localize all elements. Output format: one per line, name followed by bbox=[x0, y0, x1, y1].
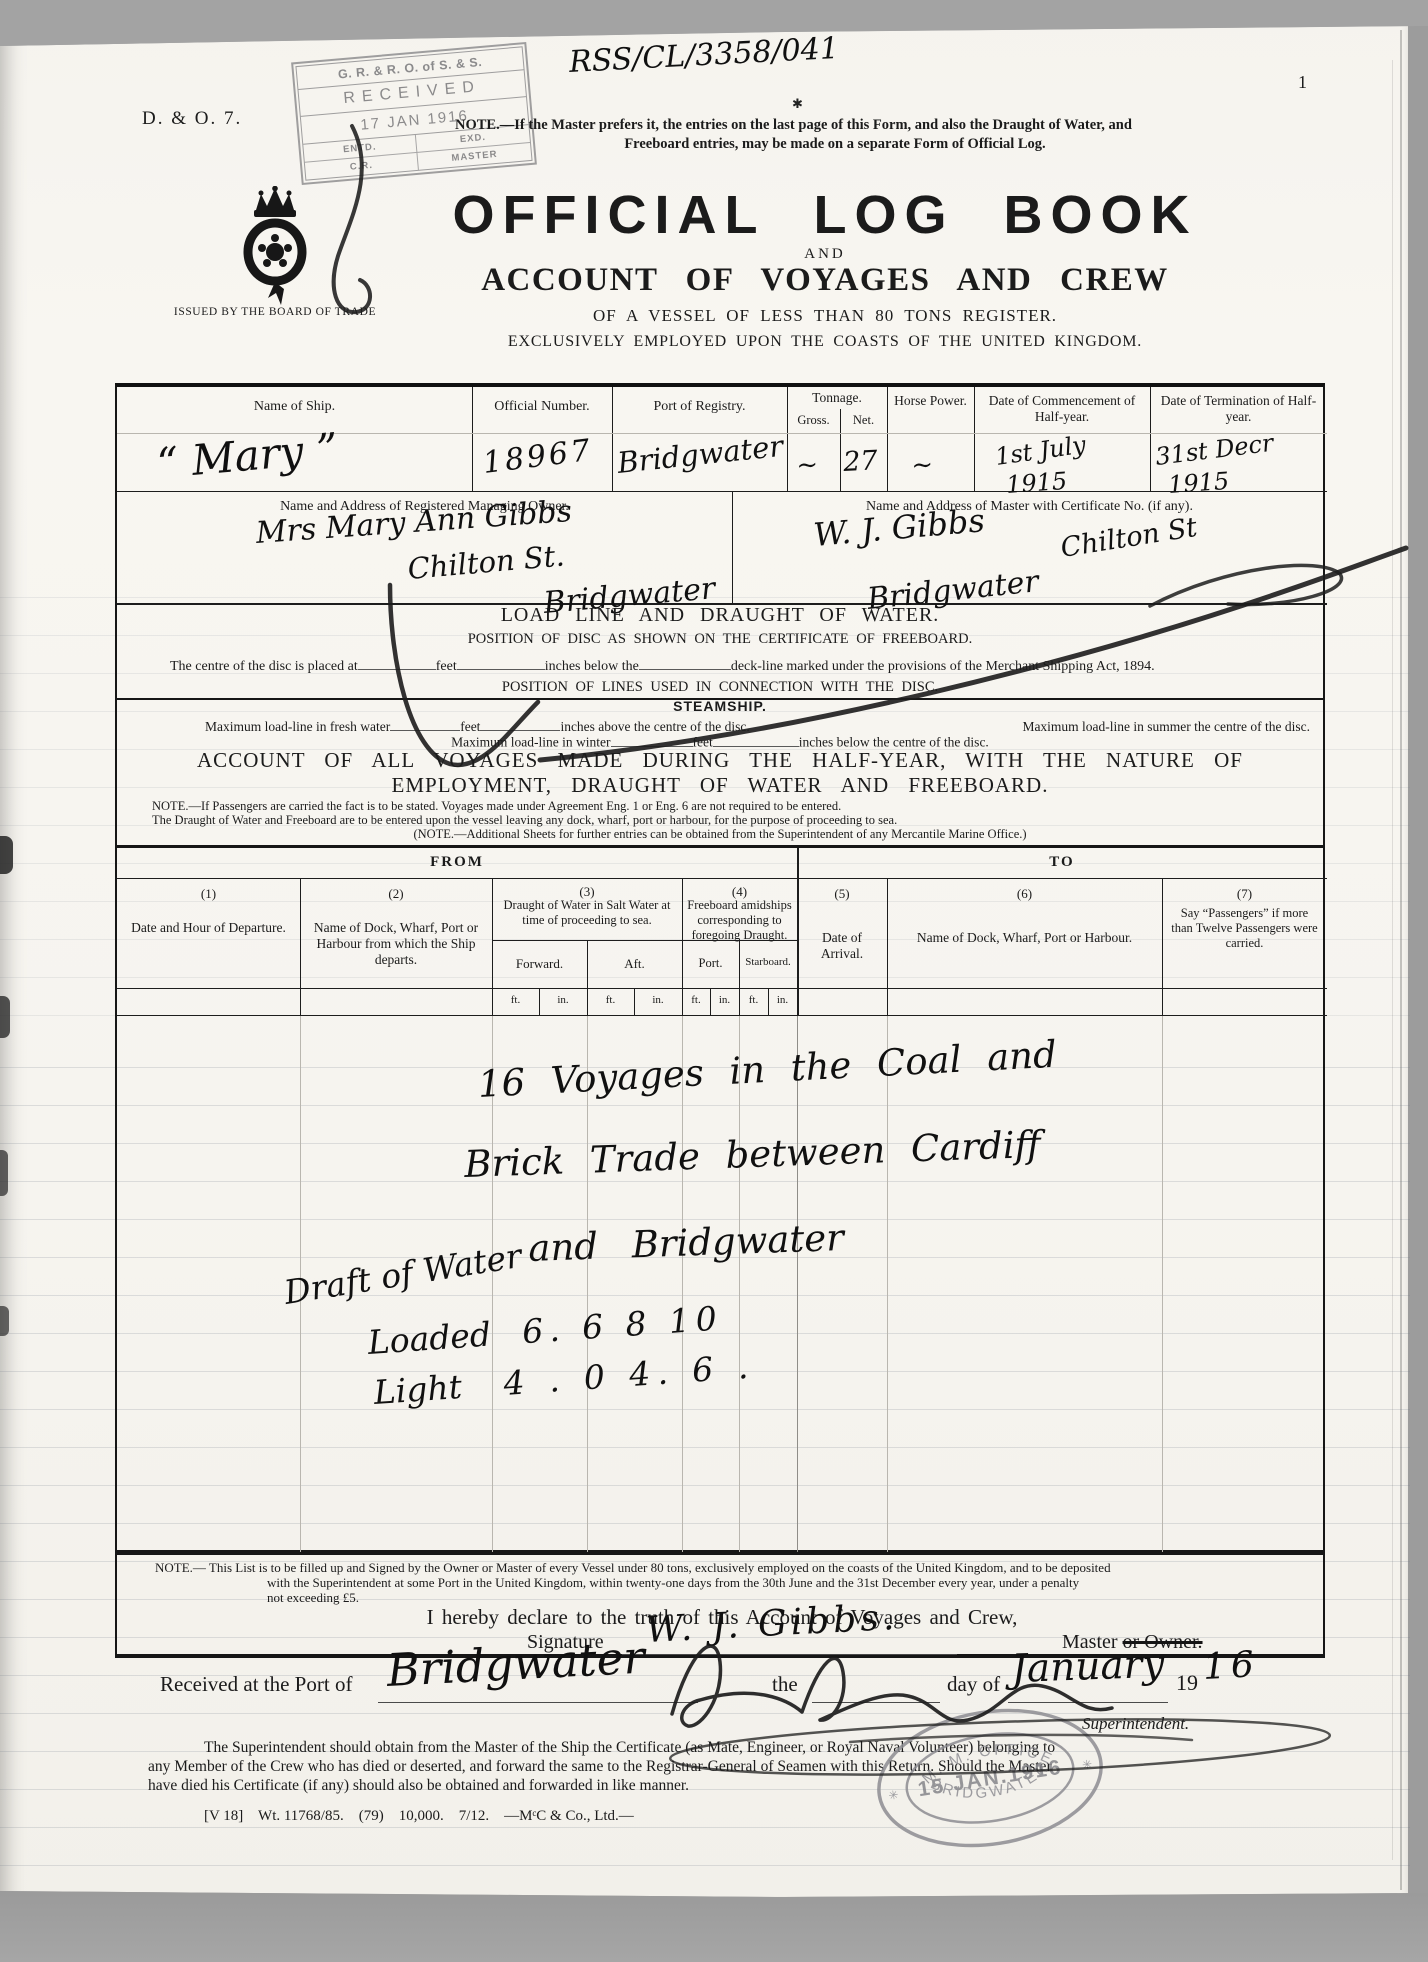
commencement-value-line2: 1915 bbox=[1005, 469, 1068, 497]
col3-label: Draught of Water in Salt Water at time o… bbox=[498, 898, 676, 928]
centre-blank-1 bbox=[358, 655, 436, 670]
page-right-edge bbox=[1400, 30, 1402, 1890]
voyage-table: FROM TO (1) Date and Hour of Departure. … bbox=[115, 845, 1325, 1552]
day-of-label: day of bbox=[947, 1672, 1000, 1697]
stamp-star-right: ✳ bbox=[1081, 1757, 1093, 1772]
centre-blank-2 bbox=[457, 655, 545, 670]
masthead-note-line1: NOTE.—If the Master prefers it, the entr… bbox=[455, 116, 1215, 135]
footer-para-line1: The Superintendent should obtain from th… bbox=[148, 1738, 1328, 1758]
col6-number: (6) bbox=[887, 886, 1162, 901]
col2-label: Name of Dock, Wharf, Port or Harbour fro… bbox=[310, 920, 482, 968]
owner-street-hw: Chilton St. bbox=[406, 541, 565, 584]
voyages-entry-line1: 16 Voyages in the Coal and bbox=[477, 1036, 1057, 1103]
page-title: OFFICIAL LOG BOOK bbox=[340, 184, 1310, 246]
torn-edge-mark bbox=[0, 1306, 9, 1336]
loaded-label-hw: Loaded bbox=[366, 1314, 492, 1362]
in-unit: in. bbox=[634, 994, 682, 1007]
signature-value-hw: W. J. Gibbs. bbox=[645, 1600, 899, 1649]
torn-edge-mark bbox=[0, 1150, 8, 1196]
col-name-of-ship: Name of Ship. bbox=[117, 399, 472, 416]
col-net: Net. bbox=[840, 413, 887, 428]
coasts-line: EXCLUSIVELY EMPLOYED UPON THE COASTS OF … bbox=[340, 333, 1310, 351]
voyages-entry-line3: and Bridgwater bbox=[528, 1219, 845, 1267]
col-official-number: Official Number. bbox=[472, 399, 612, 416]
loadline-position-disc: POSITION OF DISC AS SHOWN ON THE CERTIFI… bbox=[115, 631, 1325, 648]
col5-number: (5) bbox=[797, 886, 887, 901]
form-code: D. & O. 7. bbox=[142, 108, 242, 130]
scanner-background bbox=[1408, 0, 1428, 1962]
commencement-value-line1: 1st July bbox=[994, 433, 1088, 469]
asterisk-mark: ✱ bbox=[792, 96, 803, 112]
vessel-line: OF A VESSEL OF LESS THAN 80 TONS REGISTE… bbox=[340, 306, 1310, 326]
board-of-trade-seal-icon bbox=[230, 186, 322, 308]
ft-unit: ft. bbox=[682, 994, 710, 1007]
ft-unit: ft. bbox=[739, 994, 768, 1007]
declaration-note-line1: NOTE.— This List is to be filled up and … bbox=[155, 1560, 1320, 1576]
voyages-entry-line2: Brick Trade between Cardiff bbox=[464, 1126, 1042, 1183]
termination-value-line1: 31st Decr bbox=[1154, 431, 1275, 469]
port-subcol: Port. bbox=[682, 956, 739, 971]
col6-label: Name of Dock, Wharf, Port or Harbour. bbox=[907, 930, 1142, 946]
account-note2: The Draught of Water and Freeboard are t… bbox=[152, 813, 1312, 828]
footer-para-line3: have died his Certificate (if any) shoul… bbox=[148, 1776, 1328, 1796]
horse-power-value: ~ bbox=[911, 452, 934, 479]
masthead-note-line2: Freeboard entries, may be made on a sepa… bbox=[455, 135, 1215, 154]
centre-part-3: inches below the bbox=[545, 659, 639, 674]
scanner-bottom-edge bbox=[0, 1888, 1428, 1962]
col-port-of-registry: Port of Registry. bbox=[612, 399, 787, 416]
winter-blank-2 bbox=[713, 732, 799, 747]
stamp-star-left: ✳ bbox=[887, 1788, 899, 1803]
in-unit: in. bbox=[539, 994, 587, 1007]
col7-number: (7) bbox=[1162, 886, 1327, 901]
fresh-blank-2 bbox=[480, 716, 560, 731]
received-prefix: Received at the Port of bbox=[160, 1672, 352, 1697]
col1-number: (1) bbox=[117, 886, 300, 901]
col-gross: Gross. bbox=[787, 413, 840, 428]
centre-part-2: feet bbox=[436, 659, 457, 674]
year-print: 19 bbox=[1176, 1670, 1198, 1696]
draft-light-hw: Light 4 . 0 4. 6 . bbox=[373, 1349, 756, 1409]
in-unit: in. bbox=[710, 994, 739, 1007]
received-month-hw: January bbox=[1011, 1645, 1165, 1689]
master-label: Name and Address of Master with Certific… bbox=[732, 499, 1327, 516]
page-right-edge-inner bbox=[1392, 60, 1393, 1860]
steamship-label: STEAMSHIP. bbox=[115, 698, 1325, 714]
draft-loaded-hw: Loaded 6. 6 8 10 bbox=[367, 1301, 724, 1359]
loadline-centre-line: The centre of the disc is placed atfeeti… bbox=[170, 655, 1315, 675]
official-number-value: 18967 bbox=[481, 436, 594, 479]
forward-subcol: Forward. bbox=[492, 956, 587, 971]
page-number: 1 bbox=[1298, 72, 1307, 93]
in-unit: in. bbox=[768, 994, 797, 1007]
account-heading-line2: EMPLOYMENT, DRAUGHT OF WATER AND FREEBOA… bbox=[115, 773, 1325, 798]
received-rubber-stamp: G. R. & R. O. of S. & S. RECEIVED 17 JAN… bbox=[291, 42, 537, 185]
footer-para-line2: any Member of the Crew who has died or d… bbox=[148, 1757, 1328, 1777]
gross-tonnage-value: ~ bbox=[796, 452, 819, 479]
col-termination: Date of Termination of Half-year. bbox=[1150, 393, 1327, 425]
light-values-hw: 4 . 0 4. 6 . bbox=[502, 1346, 756, 1402]
ft-unit: ft. bbox=[587, 994, 634, 1007]
centre-part-1: The centre of the disc is placed at bbox=[170, 659, 358, 674]
starboard-subcol: Starboard. bbox=[739, 956, 797, 969]
year-hw: 16 bbox=[1202, 1647, 1260, 1686]
ship-particulars-table: Name of Ship. Official Number. Port of R… bbox=[115, 383, 1325, 700]
termination-value-line2: 1915 bbox=[1167, 469, 1230, 497]
ship-name-value: “ Mary ” bbox=[155, 427, 339, 485]
received-port-hw: Bridgwater bbox=[386, 1635, 646, 1693]
centre-part-4: deck-line marked under the provisions of… bbox=[731, 659, 1155, 674]
col7-label: Say “Passengers” if more than Twelve Pas… bbox=[1170, 906, 1319, 950]
torn-edge-mark bbox=[0, 996, 10, 1038]
declaration-note-line3: not exceeding £5. bbox=[267, 1590, 667, 1606]
col4-label: Freeboard amidships corresponding to for… bbox=[684, 898, 795, 942]
to-banner: TO bbox=[797, 854, 1327, 872]
account-note1: NOTE.—If Passengers are carried the fact… bbox=[152, 799, 1312, 814]
col-horse-power: Horse Power. bbox=[887, 393, 974, 409]
torn-edge-mark bbox=[0, 836, 13, 874]
loadline-position-lines: POSITION OF LINES USED IN CONNECTION WIT… bbox=[115, 679, 1325, 696]
master-street-hw: Chilton St bbox=[1059, 514, 1199, 562]
draft-of-water-hw: Draft of Water bbox=[282, 1239, 524, 1309]
ft-unit: ft. bbox=[492, 994, 539, 1007]
declaration-note-line2: with the Superintendent at some Port in … bbox=[267, 1575, 1317, 1591]
aft-subcol: Aft. bbox=[587, 956, 682, 971]
col-tonnage: Tonnage. bbox=[787, 390, 887, 406]
col5-label: Date of Arrival. bbox=[801, 930, 883, 962]
col2-number: (2) bbox=[300, 886, 492, 901]
account-heading-line1: ACCOUNT OF ALL VOYAGES MADE DURING THE H… bbox=[115, 748, 1325, 773]
port-of-registry-value: Bridgwater bbox=[616, 432, 784, 478]
the-label: the bbox=[772, 1672, 798, 1697]
col-commencement: Date of Commencement of Half-year. bbox=[974, 393, 1150, 425]
office-date-stamp: M. M. OFFICE BRIDGWATER 15 JAN.1916 ✳ ✳ bbox=[862, 1702, 1118, 1854]
col1-label: Date and Hour of Departure. bbox=[125, 920, 292, 936]
loadline-title: LOAD LINE AND DRAUGHT OF WATER. bbox=[115, 604, 1325, 627]
light-label-hw: Light bbox=[372, 1367, 463, 1412]
title-and-label: AND bbox=[340, 246, 1310, 263]
page-subtitle: ACCOUNT OF VOYAGES AND CREW bbox=[340, 262, 1310, 299]
winter-blank-1 bbox=[611, 732, 693, 747]
printer-imprint-line: [V 18] Wt. 11768/85. (79) 10,000. 7/12. … bbox=[204, 1808, 634, 1825]
from-banner: FROM bbox=[117, 854, 797, 872]
loaded-values-hw: 6. 6 8 10 bbox=[521, 1298, 724, 1351]
account-note3: (NOTE.—Additional Sheets for further ent… bbox=[115, 827, 1325, 842]
net-tonnage-value: 27 bbox=[843, 447, 879, 476]
fresh-blank-1 bbox=[390, 716, 460, 731]
centre-blank-3 bbox=[639, 655, 731, 670]
